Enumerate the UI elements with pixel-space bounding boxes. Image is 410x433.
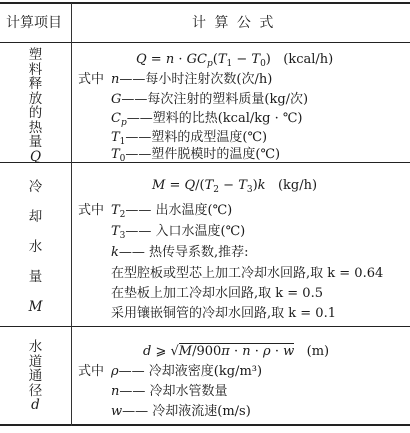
char: 量 xyxy=(0,262,71,292)
char: Q xyxy=(0,150,71,165)
row1-def-T1: T1——塑料的成型温度(℃) xyxy=(111,130,267,146)
char: 的 xyxy=(0,106,71,121)
row3-formula: d ⩾ √M/900π · n · ρ · w (m) xyxy=(143,344,329,360)
row2-formula: M = Q/(T2 − T3)k (kg/h) xyxy=(152,178,317,194)
row2-where: 式中 xyxy=(78,203,104,219)
char: 道 xyxy=(0,355,71,370)
row3-def-w: w—— 冷却液流速(m/s) xyxy=(111,404,251,420)
row3-item-label: 水 道 通 径 d xyxy=(0,340,71,413)
char: 却 xyxy=(0,202,71,232)
row2-def-T2: T2—— 出水温度(℃) xyxy=(111,203,232,219)
header-item: 计算项目 xyxy=(6,15,62,31)
unit: (kg/h) xyxy=(278,178,317,193)
row1-def-T0: T0——塑件脱模时的温度(℃) xyxy=(111,147,280,163)
char: 水 xyxy=(0,232,71,262)
char: 通 xyxy=(0,369,71,384)
bottom-border xyxy=(0,424,410,426)
char: 放 xyxy=(0,92,71,107)
row2-divider xyxy=(0,326,410,327)
row2-note-1: 在型腔板或型芯上加工冷却水回路,取 k = 0.64 xyxy=(111,266,383,282)
char: 释 xyxy=(0,77,71,92)
unit: (kcal/h) xyxy=(283,52,333,67)
char: 冷 xyxy=(0,172,71,202)
char: d xyxy=(0,398,71,413)
row3-def-rho: ρ—— 冷却液密度(kg/m³) xyxy=(111,364,262,380)
row2-item-label: 冷 却 水 量 M xyxy=(0,172,71,322)
row1-where: 式中 xyxy=(78,72,104,88)
row2-def-k: k—— 热传导系数,推荐: xyxy=(111,245,249,261)
row1-formula: Q = n · GCp(T1 − T0) (kcal/h) xyxy=(136,52,333,68)
row1-def-n: n——每小时注射次数(次/h) xyxy=(111,72,272,88)
char: 径 xyxy=(0,384,71,399)
top-border xyxy=(0,2,410,4)
char: M xyxy=(0,292,71,322)
char: 料 xyxy=(0,63,71,78)
row2-def-T3: T3—— 入口水温度(℃) xyxy=(111,224,245,240)
header-divider xyxy=(0,42,410,43)
row3-where: 式中 xyxy=(78,364,104,380)
row1-def-G: G——每次注射的塑料质量(kg/次) xyxy=(111,92,308,108)
char: 塑 xyxy=(0,48,71,63)
char: 热 xyxy=(0,121,71,136)
row1-item-label: 塑 料 释 放 的 热 量 Q xyxy=(0,48,71,164)
row3-def-n: n—— 冷却水管数量 xyxy=(111,384,228,400)
column-divider xyxy=(71,3,72,426)
unit: (m) xyxy=(307,344,329,359)
header-formula: 计 算 公 式 xyxy=(192,15,275,31)
row1-def-Cp: Cp——塑料的比热(kcal/kg · ℃) xyxy=(111,111,302,127)
char: 水 xyxy=(0,340,71,355)
row2-note-2: 在垫板上加工冷却水回路,取 k = 0.5 xyxy=(111,286,323,302)
char: 量 xyxy=(0,135,71,150)
row2-note-3: 采用镶嵌铜管的冷却水回路,取 k = 0.1 xyxy=(111,306,336,322)
